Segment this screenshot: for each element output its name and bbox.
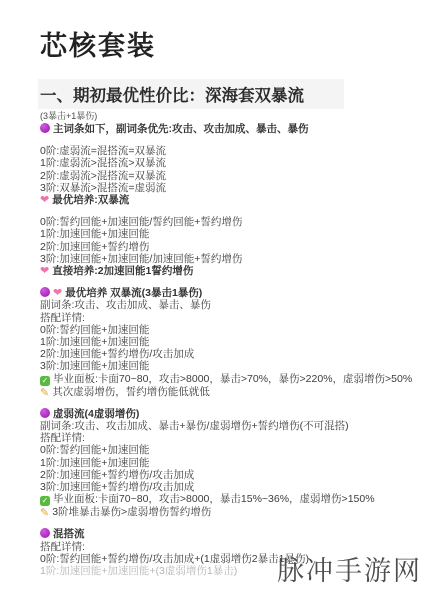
purple-circle-icon bbox=[40, 408, 50, 418]
content-line: ✓毕业面板:卡面70~80，攻击>8000，暴击>70%，暴伤>220%，虚弱增… bbox=[40, 373, 404, 386]
line-text: 0阶:虚弱流=混搭流=双暴流 bbox=[40, 145, 166, 157]
content-line: 0阶:虚弱流=混搭流=双暴流 bbox=[40, 145, 404, 157]
pink-heart-icon: ❤ bbox=[53, 288, 62, 298]
page-title: 芯核套装 bbox=[40, 24, 404, 63]
line-text: 副词条:攻击、攻击加成、暴击、暴伤 bbox=[40, 299, 211, 311]
line-text: 搭配详情: bbox=[40, 432, 85, 444]
content-line: 虚弱流(4虚弱增伤) bbox=[40, 408, 404, 420]
purple-circle-icon bbox=[40, 123, 50, 133]
writing-hand-icon: ✎ bbox=[40, 388, 49, 398]
guide-page: 芯核套装 一、期初最优性价比：深海套双暴流(3暴击+1暴伤)主词条如下，副词条优… bbox=[0, 0, 432, 577]
content-line: 3阶:加速回能+誓约增伤/攻击加成 bbox=[40, 481, 404, 493]
content-line: ❤直接培养:2加速回能1誓约增伤 bbox=[40, 265, 404, 277]
line-text: 1阶:加速回能+加速回能+(3虚弱增伤1暴击) bbox=[40, 565, 237, 577]
content-line: 1阶:加速回能+加速回能 bbox=[40, 457, 404, 469]
content-line: 2阶:加速回能+誓约增伤/攻击加成 bbox=[40, 469, 404, 481]
section-subnote: (3暴击+1暴伤) bbox=[40, 111, 404, 122]
pink-heart-icon: ❤ bbox=[40, 195, 49, 205]
purple-circle-icon bbox=[40, 287, 50, 297]
line-text: 2阶:虚弱流>混搭流=双暴流 bbox=[40, 170, 166, 182]
line-text: 3阶:加速回能+加速回能/加速回能+誓约增伤 bbox=[40, 253, 242, 265]
line-text: 搭配详情: bbox=[40, 312, 85, 324]
content-line: ❤最优培养:双暴流 bbox=[40, 194, 404, 206]
line-text: 虚弱流(4虚弱增伤) bbox=[53, 408, 139, 420]
content-line: 搭配详情: bbox=[40, 312, 404, 324]
content-line: 混搭流 bbox=[40, 528, 404, 540]
line-text: 2阶:加速回能+誓约增伤/攻击加成 bbox=[40, 348, 194, 360]
line-text: 其次虚弱增伤，誓约增伤能低就低 bbox=[52, 386, 210, 398]
line-text: 最优培养 双暴流(3暴击1暴伤) bbox=[65, 287, 202, 299]
line-text: 一、期初最优性价比：深海套双暴流 bbox=[40, 87, 304, 105]
line-text: 0阶:誓约回能+誓约增伤/攻击加成+(1虚弱增伤2暴击1暴伤) bbox=[40, 553, 309, 565]
line-text: 3阶堆暴击暴伤>虚弱增伤誓约增伤 bbox=[52, 506, 211, 518]
content-line: 副词条:攻击、攻击加成、暴击+暴伤/虚弱增伤+誓约增伤(不可混搭) bbox=[40, 420, 404, 432]
content-line: 2阶:加速回能+誓约增伤 bbox=[40, 241, 404, 253]
line-text: 1阶:加速回能+加速回能 bbox=[40, 228, 149, 240]
green-check-icon: ✓ bbox=[40, 496, 50, 506]
content-line: 0阶:誓约回能+加速回能 bbox=[40, 324, 404, 336]
content-line: 3阶:双暴流>混搭流=虚弱流 bbox=[40, 182, 404, 194]
pink-heart-icon: ❤ bbox=[40, 266, 49, 276]
spacer bbox=[40, 398, 404, 408]
content-line: ✎3阶堆暴击暴伤>虚弱增伤誓约增伤 bbox=[40, 506, 404, 518]
line-text: 0阶:誓约回能+加速回能/誓约回能+誓约增伤 bbox=[40, 216, 242, 228]
content-line: ✎其次虚弱增伤，誓约增伤能低就低 bbox=[40, 386, 404, 398]
content-line: 3阶:加速回能+加速回能 bbox=[40, 360, 404, 372]
line-text: 最优培养:双暴流 bbox=[52, 194, 129, 206]
site-watermark: 脉冲手游网 bbox=[277, 549, 422, 588]
line-text: 混搭流 bbox=[53, 528, 85, 540]
content-line: 主词条如下，副词条优先:攻击、攻击加成、暴击、暴伤 bbox=[40, 123, 404, 135]
content-line: 2阶:加速回能+誓约增伤/攻击加成 bbox=[40, 348, 404, 360]
content-line: 副词条:攻击、攻击加成、暴击、暴伤 bbox=[40, 299, 404, 311]
line-text: 副词条:攻击、攻击加成、暴击+暴伤/虚弱增伤+誓约增伤(不可混搭) bbox=[40, 420, 349, 432]
line-text: 直接培养:2加速回能1誓约增伤 bbox=[52, 265, 193, 277]
line-text: 0阶:誓约回能+加速回能 bbox=[40, 444, 149, 456]
guide-content: 一、期初最优性价比：深海套双暴流(3暴击+1暴伤)主词条如下，副词条优先:攻击、… bbox=[40, 79, 404, 577]
spacer bbox=[40, 277, 404, 287]
content-line: 1阶:加速回能+加速回能 bbox=[40, 228, 404, 240]
spacer bbox=[40, 135, 404, 145]
line-text: 毕业面板:卡面70~80，攻击>8000，暴击15%~36%，虚弱增伤>150% bbox=[53, 493, 375, 505]
content-line: 1阶:加速回能+加速回能 bbox=[40, 336, 404, 348]
content-line: 0阶:誓约回能+加速回能/誓约回能+誓约增伤 bbox=[40, 216, 404, 228]
spacer bbox=[40, 518, 404, 528]
writing-hand-icon: ✎ bbox=[40, 508, 49, 518]
line-text: 毕业面板:卡面70~80，攻击>8000，暴击>70%，暴伤>220%，虚弱增伤… bbox=[53, 373, 412, 385]
line-text: 2阶:加速回能+誓约增伤/攻击加成 bbox=[40, 469, 194, 481]
content-line: 0阶:誓约回能+加速回能 bbox=[40, 444, 404, 456]
section-heading: 一、期初最优性价比：深海套双暴流 bbox=[38, 79, 344, 109]
line-text: 3阶:加速回能+誓约增伤/攻击加成 bbox=[40, 481, 194, 493]
line-text: 0阶:誓约回能+加速回能 bbox=[40, 324, 149, 336]
line-text: 搭配详情: bbox=[40, 541, 85, 553]
content-line: 3阶:加速回能+加速回能/加速回能+誓约增伤 bbox=[40, 253, 404, 265]
line-text: 3阶:双暴流>混搭流=虚弱流 bbox=[40, 182, 166, 194]
line-text: 1阶:虚弱流>混搭流>双暴流 bbox=[40, 157, 166, 169]
content-line: 2阶:虚弱流>混搭流=双暴流 bbox=[40, 170, 404, 182]
purple-circle-icon bbox=[40, 528, 50, 538]
spacer bbox=[40, 206, 404, 216]
line-text: 3阶:加速回能+加速回能 bbox=[40, 360, 149, 372]
line-text: (3暴击+1暴伤) bbox=[40, 111, 97, 121]
line-text: 1阶:加速回能+加速回能 bbox=[40, 336, 149, 348]
line-text: 2阶:加速回能+誓约增伤 bbox=[40, 241, 149, 253]
content-line: ✓毕业面板:卡面70~80，攻击>8000，暴击15%~36%，虚弱增伤>150… bbox=[40, 493, 404, 506]
line-text: 1阶:加速回能+加速回能 bbox=[40, 457, 149, 469]
content-line: 搭配详情: bbox=[40, 432, 404, 444]
content-line: ❤最优培养 双暴流(3暴击1暴伤) bbox=[40, 287, 404, 299]
green-check-icon: ✓ bbox=[40, 376, 50, 386]
content-line: 1阶:虚弱流>混搭流>双暴流 bbox=[40, 157, 404, 169]
line-text: 主词条如下，副词条优先:攻击、攻击加成、暴击、暴伤 bbox=[53, 123, 309, 135]
